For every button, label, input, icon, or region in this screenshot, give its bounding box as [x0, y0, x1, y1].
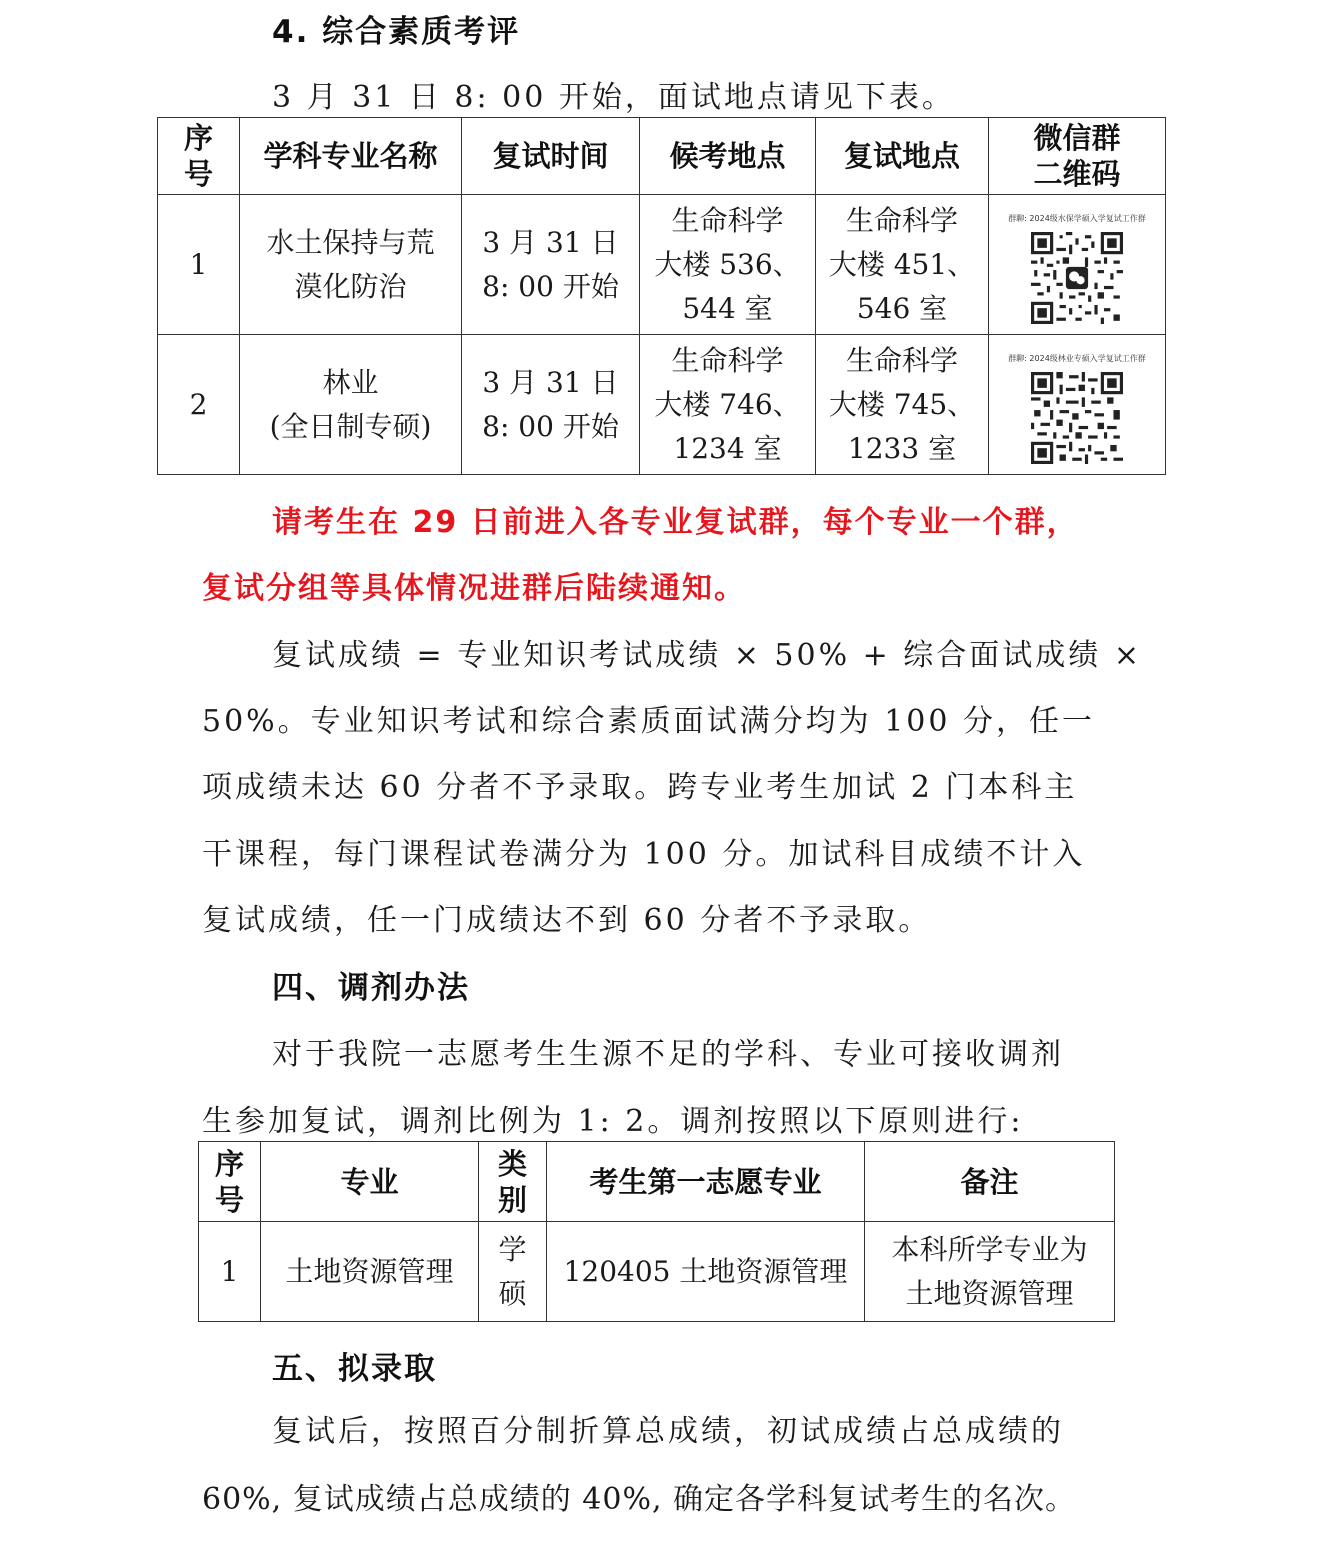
row-exam-location: 生命科学大楼 451、546 室 [816, 195, 989, 335]
row-waiting-location: 生命科学大楼 746、1234 室 [640, 335, 816, 475]
qr-caption: 群聊: 2024级林业专硕入学复试工作群 [1007, 354, 1147, 364]
header-first-choice: 考生第一志愿专业 [547, 1142, 865, 1222]
interview-intro-text: 3 月 31 日 8: 00 开始，面试地点请见下表。 [272, 72, 955, 116]
row-remark: 本科所学专业为土地资源管理 [865, 1222, 1115, 1322]
section-heading-comprehensive-evaluation: 4. 综合素质考评 [272, 6, 520, 51]
header-exam-location: 复试地点 [816, 118, 989, 195]
admission-line: 复试后，按照百分制折算总成绩，初试成绩占总成绩的 [272, 1406, 1064, 1450]
row-index: 1 [199, 1222, 261, 1322]
scoring-line: 50%。专业知识考试和综合素质面试满分均为 100 分，任一 [202, 696, 1095, 740]
row-first-choice: 120405 土地资源管理 [547, 1222, 865, 1322]
notice-line-1: 请考生在 29 日前进入各专业复试群，每个专业一个群， [272, 497, 1079, 541]
header-major: 学科专业名称 [240, 118, 462, 195]
scoring-line: 干课程，每门课程试卷满分为 100 分。加试科目成绩不计入 [202, 829, 1085, 873]
row-index: 2 [158, 335, 240, 475]
row-major: 土地资源管理 [261, 1222, 479, 1322]
notice-line-2: 复试分组等具体情况进群后陆续通知。 [202, 563, 746, 607]
qr-code-icon[interactable] [1031, 372, 1123, 464]
adjustment-line: 对于我院一志愿考生生源不足的学科、专业可接收调剂 [272, 1029, 1064, 1073]
admission-line: 60%, 复试成绩占总成绩的 40%, 确定各学科复试考生的名次。 [202, 1474, 1076, 1518]
header-major: 专业 [261, 1142, 479, 1222]
row-time: 3 月 31 日8: 00 开始 [462, 195, 640, 335]
row-time: 3 月 31 日8: 00 开始 [462, 335, 640, 475]
header-index: 序号 [199, 1142, 261, 1222]
row-type: 学硕 [479, 1222, 547, 1322]
scoring-line: 复试成绩，任一门成绩达不到 60 分者不予录取。 [202, 895, 931, 939]
qr-caption: 群聊: 2024级水保学硕入学复试工作群 [1007, 214, 1147, 224]
scoring-line: 复试成绩 = 专业知识考试成绩 × 50% + 综合面试成绩 × [272, 630, 1142, 674]
header-type: 类别 [479, 1142, 547, 1222]
table-row: 1 水土保持与荒漠化防治 3 月 31 日8: 00 开始 生命科学大楼 536… [158, 195, 1166, 335]
table-header-row: 序号 专业 类别 考生第一志愿专业 备注 [199, 1142, 1115, 1222]
table-row: 2 林业(全日制专硕) 3 月 31 日8: 00 开始 生命科学大楼 746、… [158, 335, 1166, 475]
scoring-line: 项成绩未达 60 分者不予录取。跨专业考生加试 2 门本科主 [202, 762, 1077, 806]
section-heading-adjustment: 四、调剂办法 [272, 962, 470, 1007]
table-row: 1 土地资源管理 学硕 120405 土地资源管理 本科所学专业为土地资源管理 [199, 1222, 1115, 1322]
row-waiting-location: 生命科学大楼 536、544 室 [640, 195, 816, 335]
row-index: 1 [158, 195, 240, 335]
header-time: 复试时间 [462, 118, 640, 195]
wechat-qr-icon[interactable] [1031, 232, 1123, 324]
row-qr-cell: 群聊: 2024级水保学硕入学复试工作群 [989, 195, 1166, 335]
row-exam-location: 生命科学大楼 745、1233 室 [816, 335, 989, 475]
adjustment-line: 生参加复试，调剂比例为 1: 2。调剂按照以下原则进行: [202, 1096, 1023, 1140]
header-waiting-location: 候考地点 [640, 118, 816, 195]
row-major: 林业(全日制专硕) [240, 335, 462, 475]
row-qr-cell: 群聊: 2024级林业专硕入学复试工作群 [989, 335, 1166, 475]
header-wechat-qr: 微信群二维码 [989, 118, 1166, 195]
header-index: 序号 [158, 118, 240, 195]
interview-location-table: 序号 学科专业名称 复试时间 候考地点 复试地点 微信群二维码 1 水土保持与荒… [157, 117, 1166, 475]
row-major: 水土保持与荒漠化防治 [240, 195, 462, 335]
section-heading-admission: 五、拟录取 [272, 1343, 437, 1388]
header-remark: 备注 [865, 1142, 1115, 1222]
adjustment-table: 序号 专业 类别 考生第一志愿专业 备注 1 土地资源管理 学硕 120405 … [198, 1141, 1115, 1322]
table-header-row: 序号 学科专业名称 复试时间 候考地点 复试地点 微信群二维码 [158, 118, 1166, 195]
